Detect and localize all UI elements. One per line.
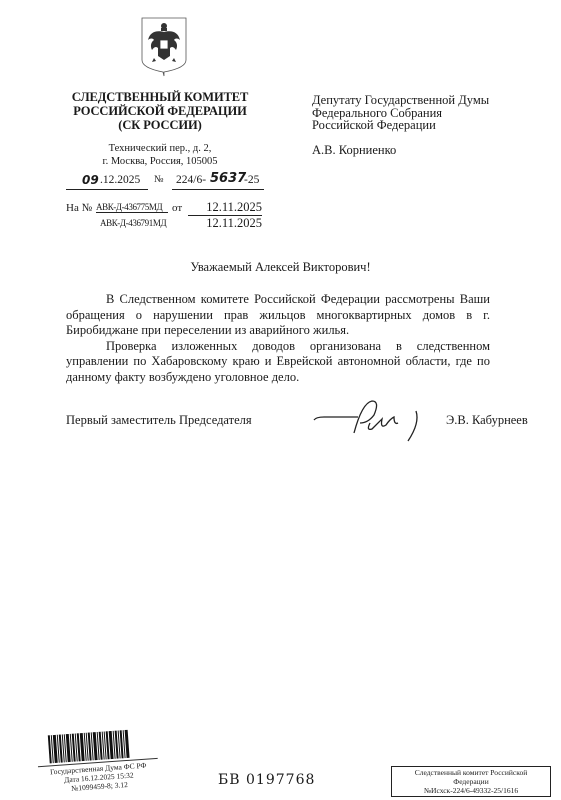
reply-ref-number: АВК-Д-436775МД	[96, 202, 168, 213]
barcode-icon	[48, 726, 158, 763]
reply-ref-row: АВК-Д-436791МД 12.11.2025	[66, 216, 266, 232]
stamp-line: Следственный комитет Российской	[392, 768, 550, 777]
date-rest: .12.2025	[100, 174, 140, 186]
reply-ref-date: 12.11.2025	[188, 200, 262, 216]
org-name-line: РОССИЙСКОЙ ФЕДЕРАЦИИ	[60, 104, 260, 118]
reply-ref-date: 12.11.2025	[188, 216, 262, 231]
org-name-line: СЛЕДСТВЕННЫЙ КОМИТЕТ	[60, 90, 260, 104]
coat-of-arms-icon	[136, 14, 192, 80]
handwritten-signature-icon	[310, 393, 440, 448]
date-field: 09 .12.2025	[66, 174, 148, 190]
recipient-block: Депутату Государственной Думы Федерально…	[312, 94, 552, 132]
org-name-abbr: (СК РОССИИ)	[60, 118, 260, 132]
stamp-line: Федерации	[392, 777, 550, 786]
organization-name: СЛЕДСТВЕННЫЙ КОМИТЕТ РОССИЙСКОЙ ФЕДЕРАЦИ…	[60, 90, 260, 132]
reply-ref-number: АВК-Д-436791МД	[100, 218, 166, 228]
handwritten-day: 09	[82, 173, 99, 187]
number-suffix: -25	[244, 174, 259, 186]
incoming-barcode-stamp: Государственная Дума ФС РФ Дата 16.12.20…	[36, 726, 161, 800]
outgoing-registration: 09 .12.2025 № 224/6- 5637 -25	[66, 174, 262, 192]
letter-body: В Следственном комитете Российской Федер…	[66, 292, 490, 385]
recipient-name: А.В. Корниенко	[312, 143, 396, 158]
incoming-stamp-text: Государственная Дума ФС РФ Дата 16.12.20…	[38, 758, 160, 795]
signatory-name: Э.В. Кабурнеев	[446, 413, 528, 428]
number-field: 224/6- 5637 -25	[172, 174, 264, 190]
signatory-title: Первый заместитель Председателя	[66, 413, 252, 428]
recipient-line: Депутату Государственной Думы	[312, 94, 552, 107]
reply-label: На №	[66, 202, 92, 214]
paragraph: В Следственном комитете Российской Федер…	[66, 292, 490, 339]
reply-references: На № АВК-Д-436775МД от 12.11.2025 АВК-Д-…	[66, 200, 266, 232]
stamp-line: №Исхск-224/6-49332-25/1616	[392, 786, 550, 795]
number-prefix: 224/6-	[176, 174, 206, 186]
outgoing-registration-stamp: Следственный комитет Российской Федераци…	[391, 766, 551, 797]
from-label: от	[172, 202, 182, 214]
address-line: Технический пер., д. 2,	[60, 142, 260, 155]
paragraph: Проверка изложенных доводов организована…	[66, 339, 490, 386]
reply-ref-row: На № АВК-Д-436775МД от 12.11.2025	[66, 200, 266, 216]
organization-address: Технический пер., д. 2, г. Москва, Росси…	[60, 142, 260, 168]
handwritten-number: 5637	[210, 171, 246, 186]
number-label: №	[154, 174, 164, 185]
form-serial-number: БВ 0197768	[218, 772, 315, 788]
recipient-line: Российской Федерации	[312, 119, 552, 132]
greeting: Уважаемый Алексей Викторович!	[60, 260, 501, 275]
address-line: г. Москва, Россия, 105005	[60, 155, 260, 168]
